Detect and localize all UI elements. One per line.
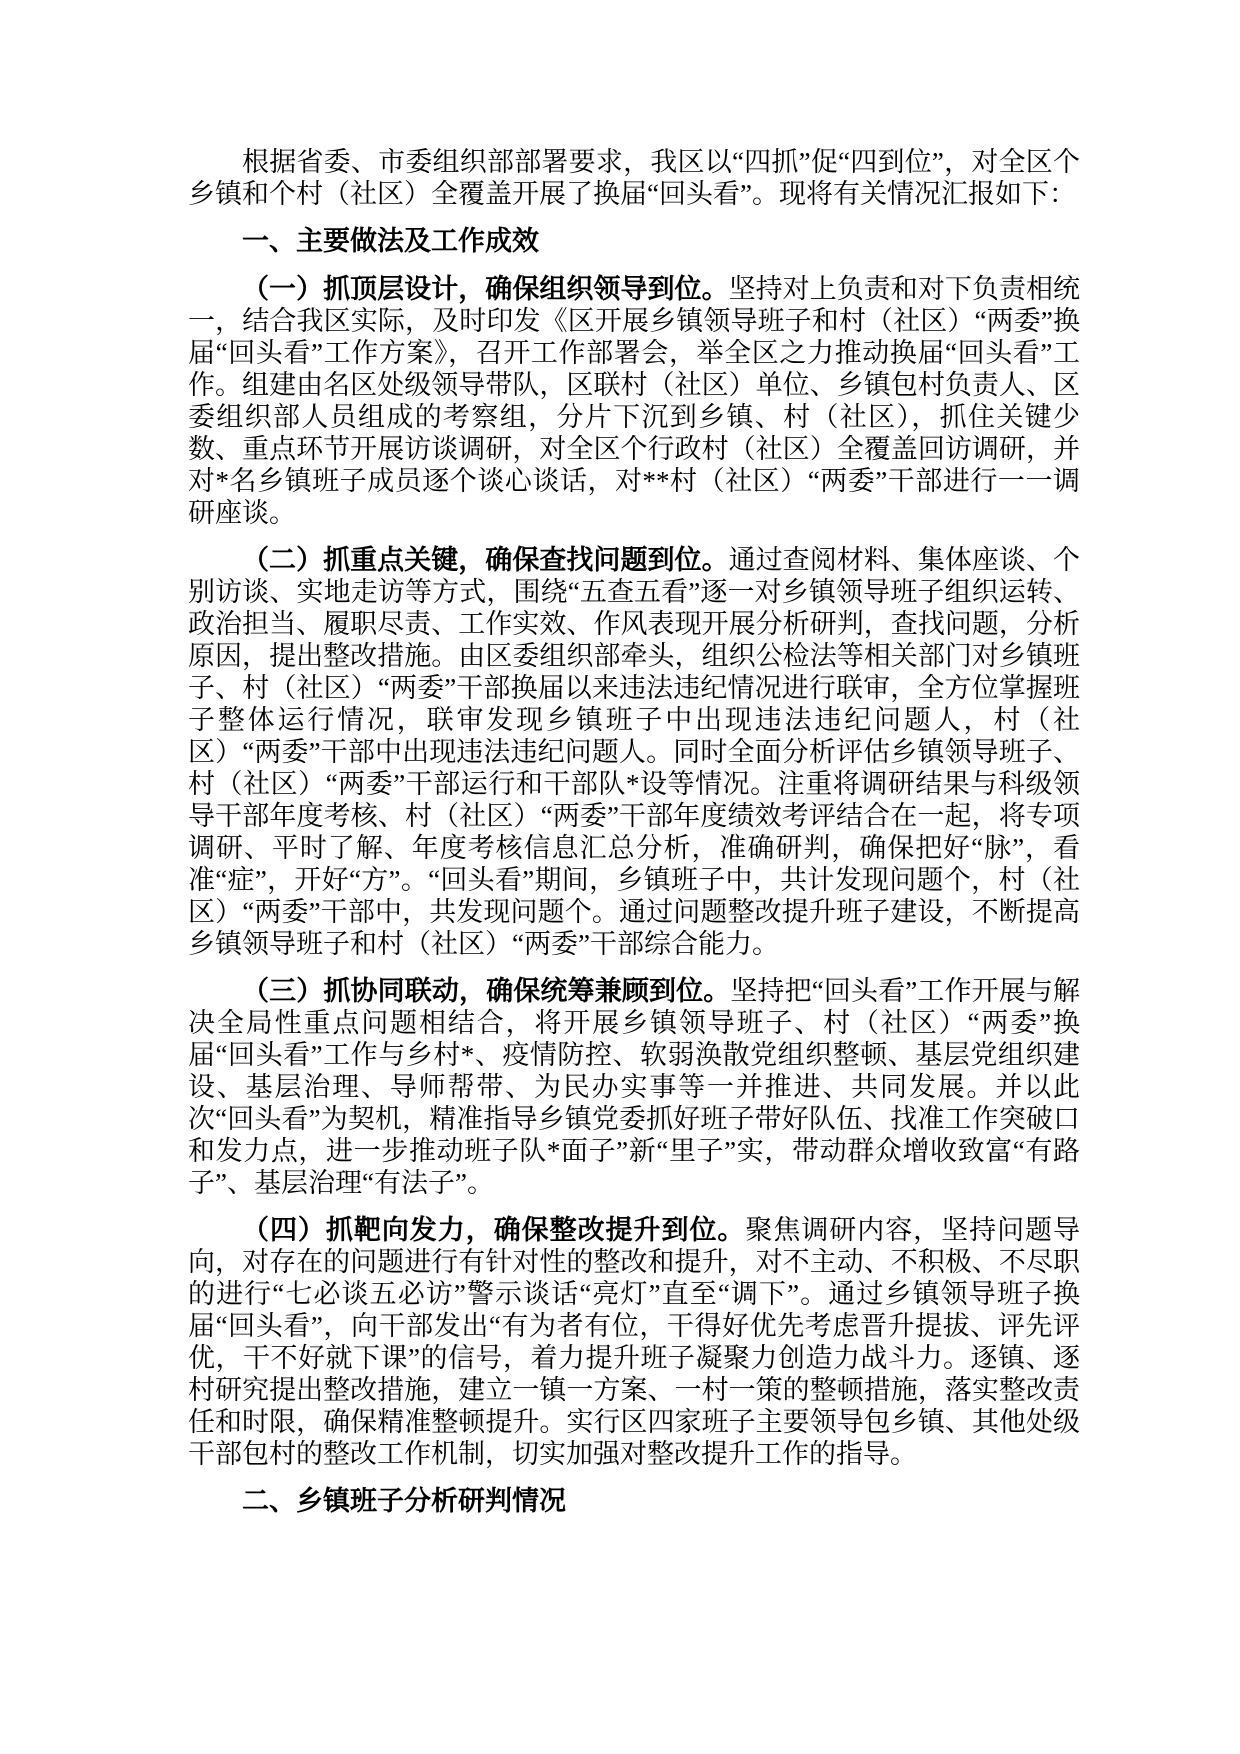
subsection-paragraph-3: （三）抓协同联动，确保统筹兼顾到位。坚持把“回头看”工作开展与解决全局性重点问题… [188,975,1080,1199]
subsection-paragraph-4: （四）抓靶向发力，确保整改提升到位。聚焦调研内容，坚持问题导向，对存在的问题进行… [188,1214,1080,1470]
subsection-paragraph-2: （二）抓重点关键，确保查找问题到位。通过查阅材料、集体座谈、个别访谈、实地走访等… [188,544,1080,960]
document-body: 根据省委、市委组织部部署要求，我区以“四抓”促“四到位”，对全区个乡镇和个村（社… [188,146,1080,1517]
subsection-3-lead: （三）抓协同联动，确保统筹兼顾到位。 [242,976,730,1006]
section-heading-2: 二、乡镇班子分析研判情况 [188,1485,1080,1517]
intro-paragraph: 根据省委、市委组织部部署要求，我区以“四抓”促“四到位”，对全区个乡镇和个村（社… [188,146,1080,210]
subsection-1-lead: （一）抓顶层设计，确保组织领导到位。 [242,274,729,304]
subsection-1-body: 坚持对上负责和对下负责相统一，结合我区实际，及时印发《区开展乡镇领导班子和村（社… [188,274,1080,528]
section-heading-1: 一、主要做法及工作成效 [188,225,1080,257]
subsection-4-body: 聚焦调研内容，坚持问题导向，对存在的问题进行有针对性的整改和提升，对不主动、不积… [188,1215,1080,1469]
subsection-4-lead: （四）抓靶向发力，确保整改提升到位。 [242,1215,745,1245]
subsection-paragraph-1: （一）抓顶层设计，确保组织领导到位。坚持对上负责和对下负责相统一，结合我区实际，… [188,273,1080,529]
subsection-2-body: 通过查阅材料、集体座谈、个别访谈、实地走访等方式，围绕“五查五看”逐一对乡镇领导… [188,545,1080,959]
subsection-2-lead: （二）抓重点关键，确保查找问题到位。 [242,545,729,575]
subsection-3-body: 坚持把“回头看”工作开展与解决全局性重点问题相结合，将开展乡镇领导班子、村（社区… [188,976,1080,1198]
document-page: 根据省委、市委组织部部署要求，我区以“四抓”促“四到位”，对全区个乡镇和个村（社… [0,0,1240,1754]
